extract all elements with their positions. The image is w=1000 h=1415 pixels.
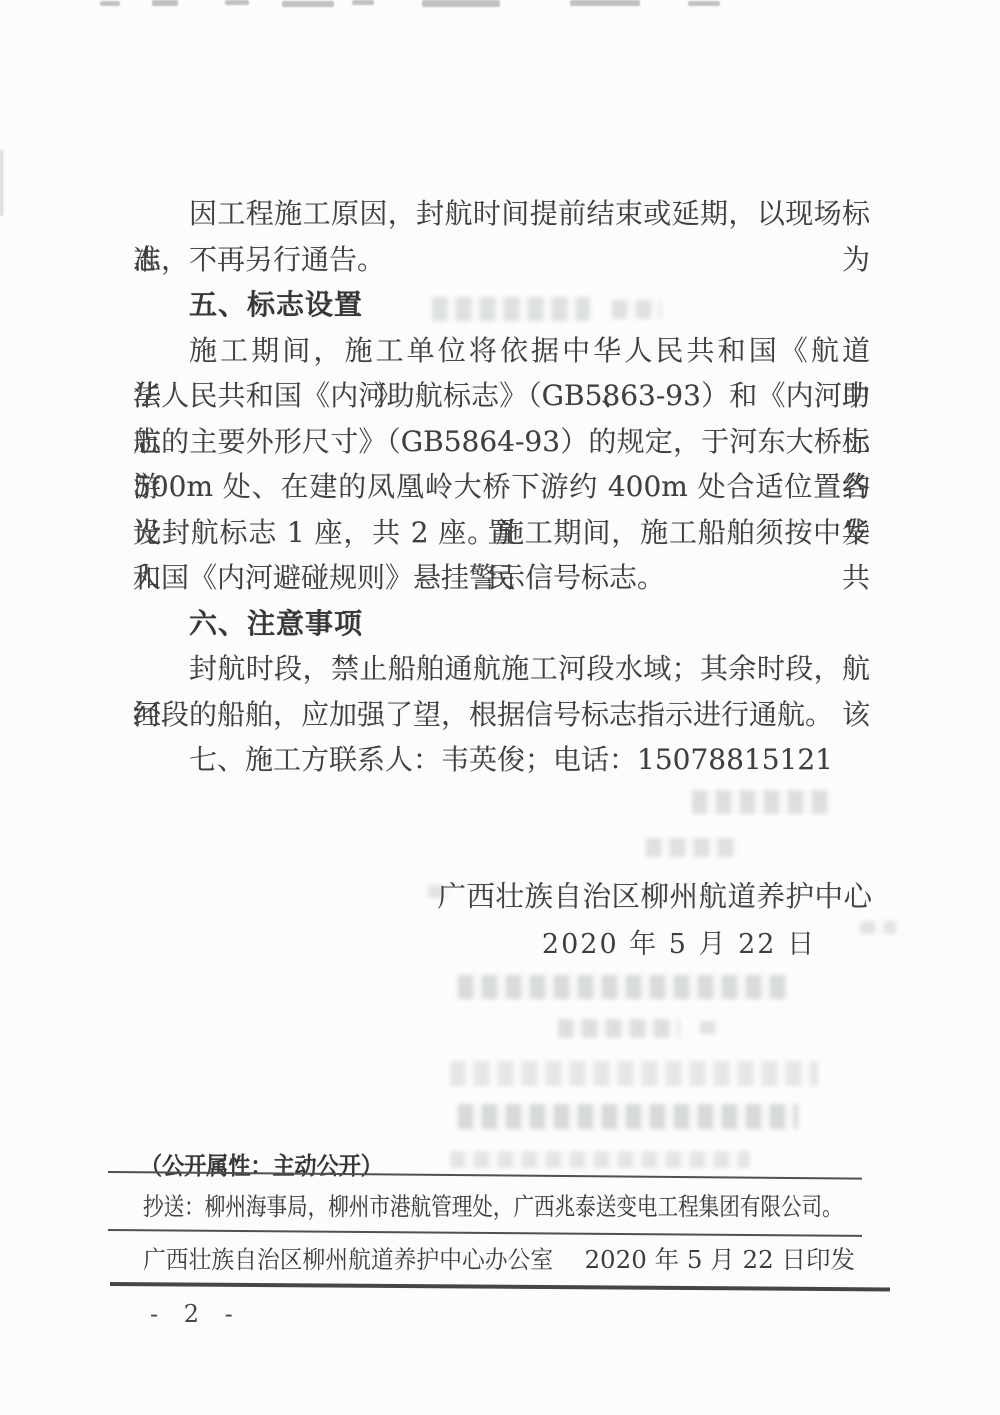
bleed-through-artifact <box>646 838 738 857</box>
scan-artifact <box>282 1 334 7</box>
scan-artifact <box>422 0 500 7</box>
scan-artifact <box>225 0 249 5</box>
section-heading: 五、标志设置 <box>133 282 870 328</box>
document-body: 因工程施工原因，封航时间提前结束或延期，以现场标志为 准，不再另行通告。 五、标… <box>133 191 870 783</box>
bleed-through-artifact <box>458 1104 798 1129</box>
issuer-row: 广西壮族自治区柳州航道养护中心办公室 2020 年 5 月 22 日印发 <box>143 1241 855 1276</box>
scanned-document-page: 因工程施工原因，封航时间提前结束或延期，以现场标志为 准，不再另行通告。 五、标… <box>0 0 1000 1415</box>
section-heading: 六、注意事项 <box>133 601 870 647</box>
print-date: 2020 年 5 月 22 日印发 <box>584 1241 855 1276</box>
publicity-note: （公开属性：主动公开） <box>140 1146 383 1181</box>
scan-artifact <box>570 0 640 6</box>
scan-artifact <box>688 1 720 6</box>
body-line: 华人民共和国《内河助航标志》（GB5863-93）和《内河助航标 <box>133 373 870 419</box>
bleed-through-artifact <box>450 1151 750 1168</box>
bleed-through-artifact <box>700 1021 718 1034</box>
signature-date: 2020 年 5 月 22 日 <box>354 922 1000 961</box>
bleed-through-artifact <box>450 1061 818 1086</box>
contact-line: 七、施工方联系人：韦英俊；电话：15078815121 <box>133 737 870 783</box>
body-line: 500m 处、在建的凤凰岭大桥下游约 400m 处合适位置各设置发 <box>133 464 870 510</box>
body-line: 封航时段，禁止船舶通航施工河段水域；其余时段，航经该 <box>133 646 870 692</box>
body-line: 志的主要外形尺寸》（GB5864-93）的规定，于河东大桥上游约 <box>133 419 870 465</box>
page-number: - 2 - <box>150 1300 242 1328</box>
bleed-through-artifact <box>692 790 832 814</box>
body-line: 光封航标志 1 座，共 2 座。施工期间，施工船舶须按中华人民共 <box>133 510 870 556</box>
scan-artifact <box>152 0 178 6</box>
body-line: 河段的船舶，应加强了望，根据信号标志指示进行通航。 <box>133 692 870 738</box>
body-line: 施工期间，施工单位将依据中华人民共和国《航道法》、中 <box>133 328 870 374</box>
footer-rule-thick <box>110 1282 890 1291</box>
scan-artifact <box>352 0 374 5</box>
signature-org: 广西壮族自治区柳州航道养护中心 <box>330 874 980 915</box>
bleed-through-artifact <box>558 1019 680 1038</box>
bleed-through-artifact <box>458 975 788 999</box>
scan-artifact-left-edge <box>0 150 3 216</box>
signature-block: 广西壮族自治区柳州航道养护中心 2020 年 5 月 22 日 <box>330 874 980 974</box>
cc-line: 抄送：柳州海事局，柳州市港航管理处，广西兆泰送变电工程集团有限公司。 <box>143 1188 843 1223</box>
issuing-office: 广西壮族自治区柳州航道养护中心办公室 <box>143 1241 553 1276</box>
footer-rule <box>108 1229 862 1237</box>
scan-artifact <box>100 1 120 6</box>
body-line: 因工程施工原因，封航时间提前结束或延期，以现场标志为 <box>133 191 870 237</box>
